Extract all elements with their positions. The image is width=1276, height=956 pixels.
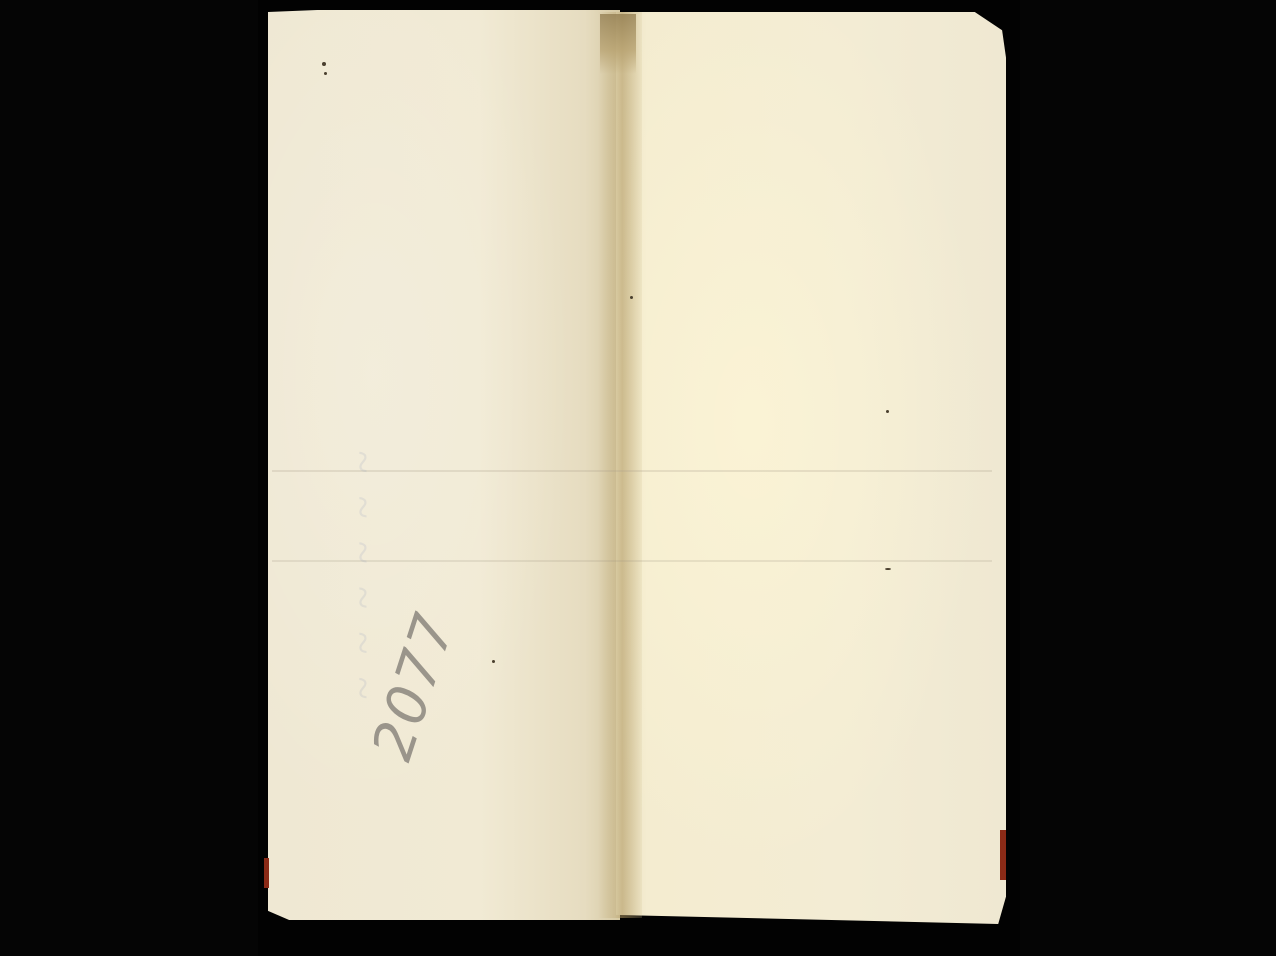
show-through-writing: ~ ~ ~ ~ ~ ~ [340,100,540,700]
seam-tear-stain [600,14,636,74]
letter-right-panel [616,12,1006,924]
ink-speck [630,296,633,299]
red-wax-edge [1000,830,1006,880]
ink-speck [324,72,327,75]
ink-speck [885,568,891,570]
center-fold-seam [598,12,642,918]
ink-speck [322,62,326,66]
ink-speck [886,410,889,413]
red-wax-edge [264,858,269,888]
ink-speck [492,660,495,663]
